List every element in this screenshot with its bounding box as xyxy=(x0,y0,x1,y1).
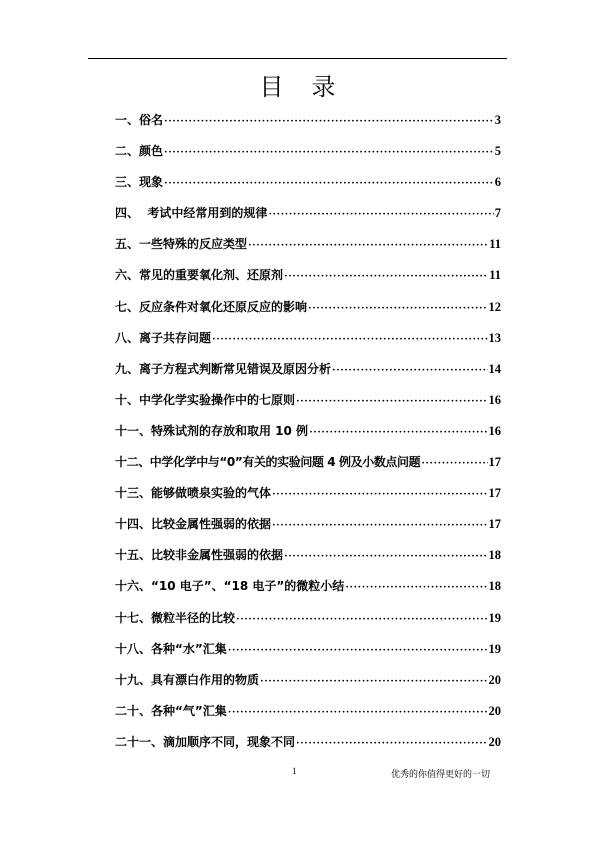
toc-leader-dots xyxy=(309,426,487,438)
toc-leader-dots xyxy=(164,146,494,158)
toc-entry-label: 十九、具有漂白作用的物质 xyxy=(115,671,259,688)
toc-entry[interactable]: 五、一些特殊的反应类型11 xyxy=(115,235,501,266)
toc-entry-page: 11 xyxy=(489,237,501,252)
toc-entry-page: 18 xyxy=(489,548,502,563)
toc-leader-dots xyxy=(164,115,494,127)
toc-entry-page: 3 xyxy=(495,113,501,128)
toc-leader-dots xyxy=(332,364,487,376)
toc-entry[interactable]: 四、 考试中经常用到的规律7 xyxy=(115,204,501,235)
toc-entry[interactable]: 二十一、滴加顺序不同，现象不同20 xyxy=(115,733,501,764)
toc-entry-label: 十七、微粒半径的比较 xyxy=(115,609,235,626)
toc-leader-dots xyxy=(296,737,487,749)
toc-leader-dots xyxy=(260,675,487,687)
toc-entry-label: 十一、特殊试剂的存放和取用 10 例 xyxy=(115,422,308,439)
toc-entry-page: 17 xyxy=(489,486,502,501)
toc-entry-page: 20 xyxy=(489,673,502,688)
toc-entry-label: 五、一些特殊的反应类型 xyxy=(115,235,247,252)
toc-entry[interactable]: 十八、各种“水”汇集19 xyxy=(115,640,501,671)
footer-slogan: 优秀的你值得更好的一切 xyxy=(391,767,490,780)
header-rule xyxy=(88,58,507,59)
toc-entry-label: 十二、中学化学中与“0”有关的实验问题 4 例及小数点问题 xyxy=(115,453,420,470)
toc-leader-dots xyxy=(284,550,487,562)
toc-entry-label: 十八、各种“水”汇集 xyxy=(115,640,227,657)
toc-leader-dots xyxy=(212,333,487,345)
toc-entry-label: 十六、“10 电子”、“18 电子”的微粒小结 xyxy=(115,577,344,594)
toc-leader-dots xyxy=(421,457,487,469)
toc-entry[interactable]: 三、现象6 xyxy=(115,173,501,204)
toc-leader-dots xyxy=(272,488,487,500)
toc-leader-dots xyxy=(228,706,488,718)
toc-entry-page: 7 xyxy=(495,206,501,221)
toc-entry[interactable]: 七、反应条件对氧化还原反应的影响12 xyxy=(115,298,501,329)
page-title: 目录 xyxy=(0,70,595,104)
toc-entry[interactable]: 十二、中学化学中与“0”有关的实验问题 4 例及小数点问题17 xyxy=(115,453,501,484)
toc-entry-page: 20 xyxy=(489,735,502,750)
toc-leader-dots xyxy=(228,644,488,656)
toc-entry[interactable]: 十七、微粒半径的比较19 xyxy=(115,609,501,640)
toc-entry-label: 二十一、滴加顺序不同，现象不同 xyxy=(115,733,295,750)
toc-entry-page: 17 xyxy=(489,455,502,470)
toc-leader-dots xyxy=(268,208,493,220)
toc-entry[interactable]: 一、俗名3 xyxy=(115,111,501,142)
toc-entry-page: 17 xyxy=(489,517,502,532)
toc-entry-page: 14 xyxy=(489,362,502,377)
toc-leader-dots xyxy=(345,581,487,593)
toc-entry[interactable]: 九、离子方程式判断常见错误及原因分析14 xyxy=(115,360,501,391)
toc-entry-page: 16 xyxy=(489,424,502,439)
toc-entry[interactable]: 十五、比较非金属性强弱的依据18 xyxy=(115,546,501,577)
toc-leader-dots xyxy=(272,519,487,531)
toc-leader-dots xyxy=(284,270,488,282)
toc-entry-label: 十五、比较非金属性强弱的依据 xyxy=(115,546,283,563)
toc-entry-label: 一、俗名 xyxy=(115,111,163,128)
toc-entry-label: 三、现象 xyxy=(115,173,163,190)
toc-entry-label: 十四、比较金属性强弱的依据 xyxy=(115,515,271,532)
toc-entry-page: 11 xyxy=(489,268,501,283)
toc-leader-dots xyxy=(248,239,488,251)
toc-entry[interactable]: 二、颜色5 xyxy=(115,142,501,173)
toc-entry[interactable]: 十一、特殊试剂的存放和取用 10 例16 xyxy=(115,422,501,453)
toc-entry-label: 十三、能够做喷泉实验的气体 xyxy=(115,484,271,501)
toc-leader-dots xyxy=(308,302,487,314)
toc-entry-page: 19 xyxy=(489,611,502,626)
toc-entry[interactable]: 八、离子共存问题13 xyxy=(115,329,501,360)
toc-entry-page: 13 xyxy=(489,331,502,346)
toc-entry-page: 18 xyxy=(489,579,502,594)
table-of-contents: 一、俗名3 二、颜色5 三、现象6 四、 考试中经常用到的规律7 五、一些特殊的… xyxy=(115,111,501,764)
toc-entry-page: 20 xyxy=(489,704,502,719)
toc-entry[interactable]: 二十、各种“气”汇集20 xyxy=(115,702,501,733)
toc-entry[interactable]: 十六、“10 电子”、“18 电子”的微粒小结18 xyxy=(115,577,501,608)
toc-entry-label: 四、 考试中经常用到的规律 xyxy=(115,204,267,221)
toc-entry[interactable]: 十、中学化学实验操作中的七原则16 xyxy=(115,391,501,422)
toc-entry-page: 16 xyxy=(489,393,502,408)
toc-leader-dots xyxy=(236,613,487,625)
toc-leader-dots xyxy=(164,177,494,189)
toc-entry-page: 19 xyxy=(489,642,502,657)
toc-entry[interactable]: 十三、能够做喷泉实验的气体17 xyxy=(115,484,501,515)
toc-entry-page: 5 xyxy=(495,144,501,159)
toc-entry-label: 七、反应条件对氧化还原反应的影响 xyxy=(115,298,307,315)
toc-entry[interactable]: 六、常见的重要氧化剂、还原剂11 xyxy=(115,266,501,297)
toc-entry-label: 十、中学化学实验操作中的七原则 xyxy=(115,391,295,408)
page-number: 1 xyxy=(292,766,297,776)
toc-entry-label: 六、常见的重要氧化剂、还原剂 xyxy=(115,266,283,283)
toc-entry-label: 二十、各种“气”汇集 xyxy=(115,702,227,719)
toc-entry-page: 12 xyxy=(489,300,502,315)
toc-entry-label: 二、颜色 xyxy=(115,142,163,159)
toc-entry[interactable]: 十四、比较金属性强弱的依据17 xyxy=(115,515,501,546)
toc-leader-dots xyxy=(296,395,487,407)
toc-entry-label: 九、离子方程式判断常见错误及原因分析 xyxy=(115,360,331,377)
toc-entry-page: 6 xyxy=(495,175,501,190)
toc-entry[interactable]: 十九、具有漂白作用的物质20 xyxy=(115,671,501,702)
toc-entry-label: 八、离子共存问题 xyxy=(115,329,211,346)
